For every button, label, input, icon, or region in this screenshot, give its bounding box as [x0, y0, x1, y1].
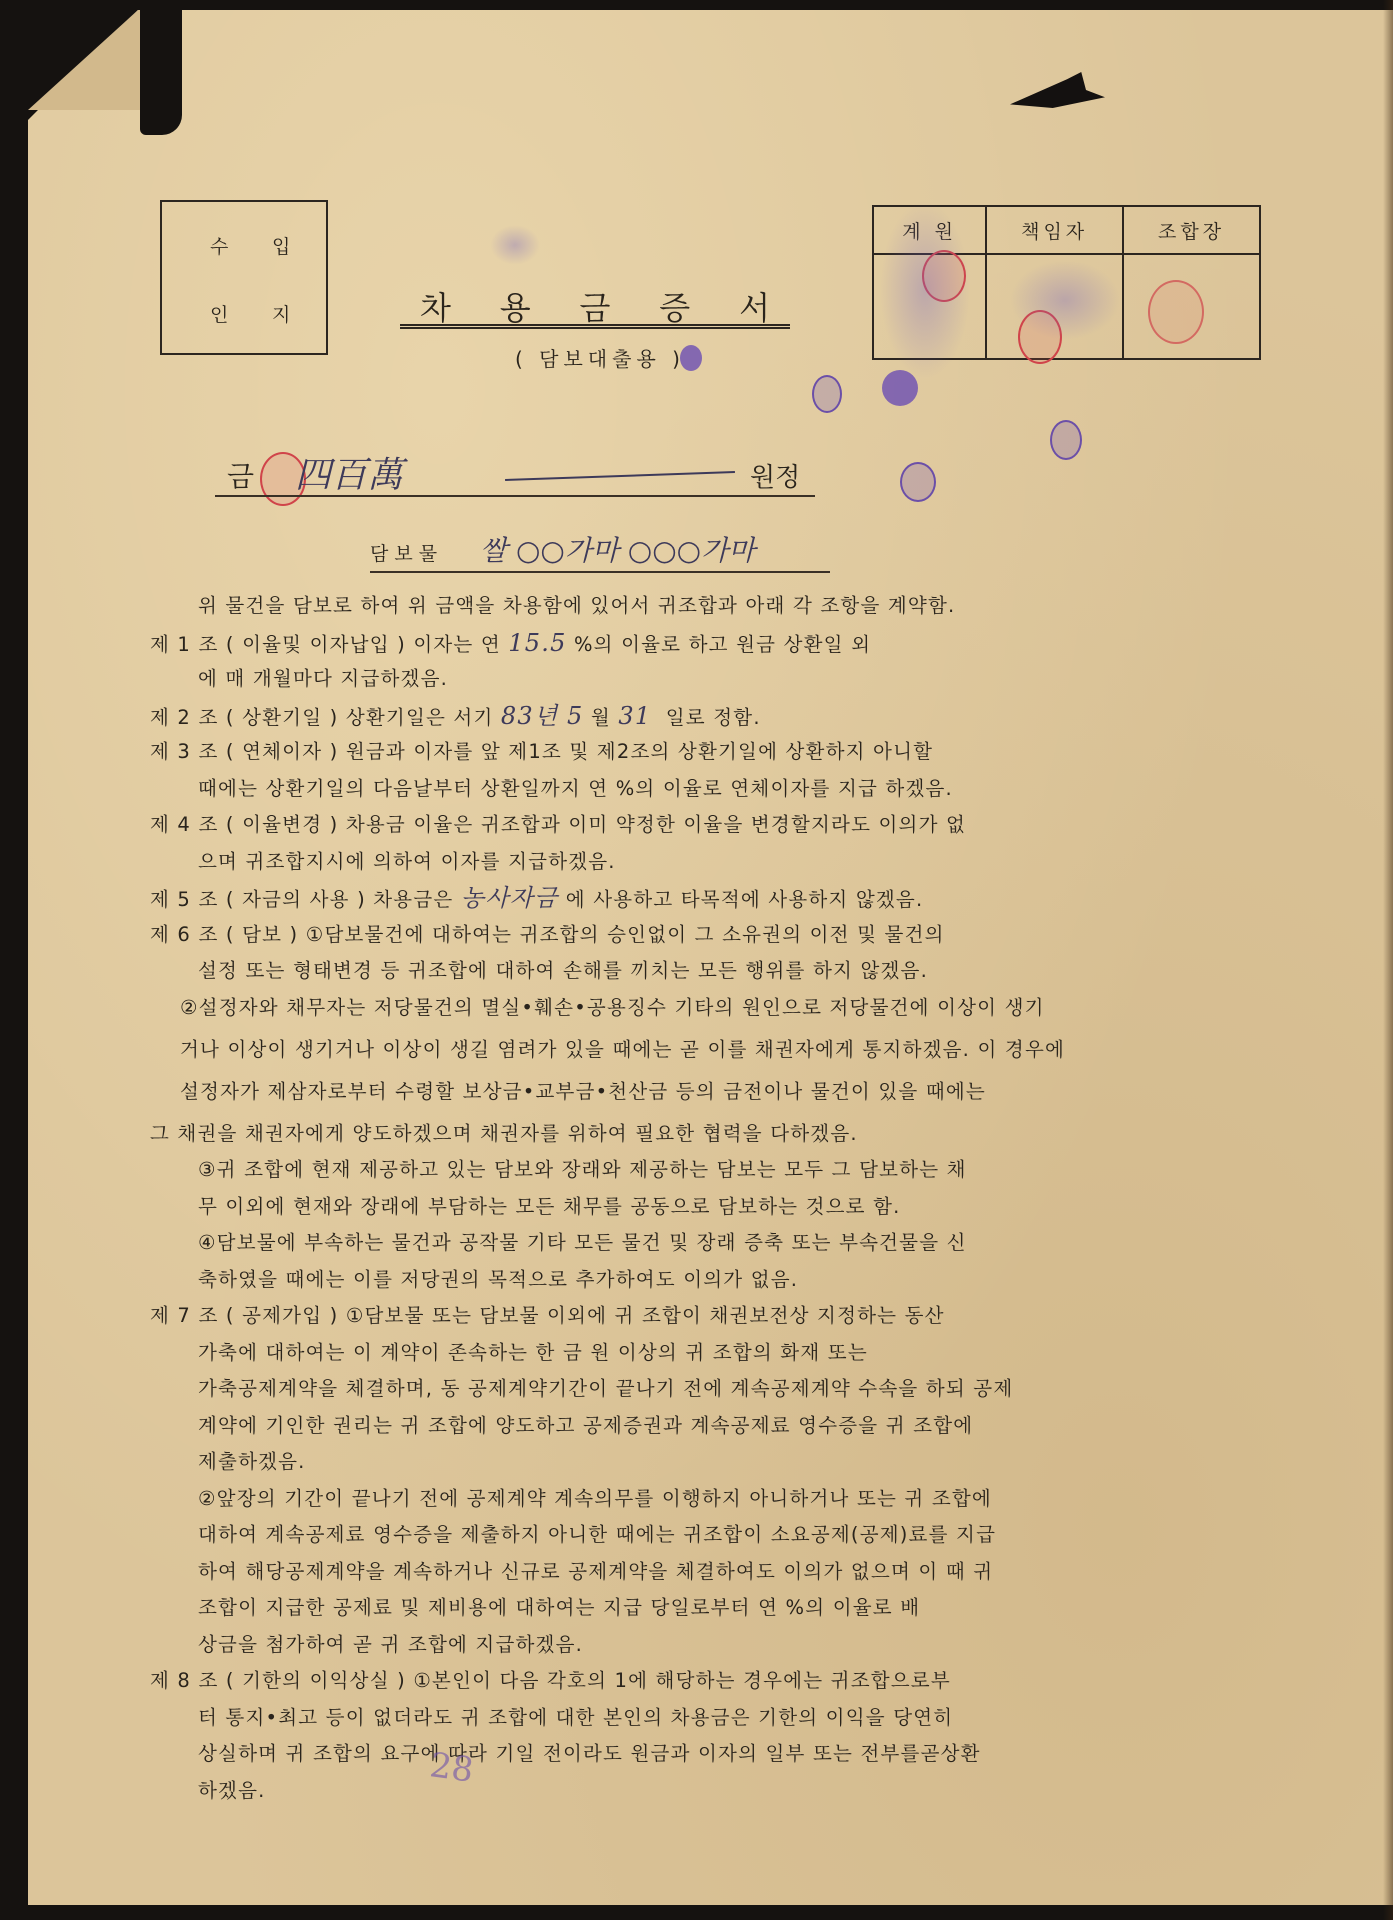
article-7-line: 계약에 기인한 권리는 귀 조합에 양도하고 공제증권과 계속공제료 영수증을 … — [150, 1408, 1250, 1445]
collateral-label: 담보물 — [370, 539, 443, 566]
intro-line: 위 물건을 담보로 하여 위 금액을 차용함에 있어서 귀조합과 아래 각 조항… — [150, 588, 1250, 625]
article-6-line: 그 채권을 채권자에게 양도하겠으며 채권자를 위하여 필요한 협력을 다하겠음… — [150, 1116, 1250, 1153]
page-edge-shadow — [1383, 0, 1393, 1920]
interest-rate-handwritten: 15.5 — [508, 625, 566, 662]
article-text: 제 2 조 ( 상환기일 ) 상환기일은 서기 — [150, 706, 501, 729]
article-6-line: 제 6 조 ( 담보 ) ①담보물건에 대하여는 귀조합의 승인없이 그 소유권… — [150, 917, 1250, 954]
article-7-line: 가축에 대하여는 이 계약이 존속하는 한 금 원 이상의 귀 조합의 화재 또… — [150, 1335, 1250, 1372]
fund-purpose-handwritten: 농사자금 — [461, 880, 559, 917]
approval-header-president: 조합장 — [1123, 206, 1260, 254]
article-6-line: ②설정자와 채무자는 저당물건의 멸실•훼손•공용징수 기타의 원인으로 저당물… — [150, 990, 1250, 1032]
title-char: 서 — [739, 283, 770, 325]
article-text: 에 사용하고 타목적에 사용하지 않겠음. — [558, 888, 923, 911]
amount-dash — [505, 471, 735, 481]
ink-smudge — [880, 200, 970, 380]
article-text: 제 5 조 ( 자금의 사용 ) 차용금은 — [150, 888, 461, 911]
article-6-line: 무 이외에 현재와 장래에 부담하는 모든 채무를 공동으로 담보하는 것으로 … — [150, 1189, 1250, 1226]
amount-line: 금 四百萬 원정 — [215, 455, 815, 497]
due-year-handwritten: 83년 5 — [501, 698, 584, 735]
revenue-box-top-right: 입 — [272, 232, 290, 259]
article-7-line: 조합이 지급한 공제료 및 제비용에 대하여는 지급 당일로부터 연 %의 이율… — [150, 1590, 1250, 1627]
title-char: 금 — [580, 283, 611, 325]
document-subtitle: ( 담보대출용 ) — [515, 343, 685, 372]
title-char: 증 — [659, 283, 690, 325]
title-char: 용 — [500, 283, 531, 325]
article-1-line: 제 1 조 ( 이율및 이자납입 ) 이자는 연 15.5 %의 이율로 하고 … — [150, 625, 1250, 662]
folded-corner — [28, 10, 158, 111]
revenue-box-bottom-left: 인 — [210, 300, 228, 327]
article-6-line: ③귀 조합에 현재 제공하고 있는 담보와 장래와 제공하는 담보는 모두 그 … — [150, 1152, 1250, 1189]
collateral-line: 담보물 쌀 ○○가마 ○○○가마 — [370, 535, 830, 573]
article-6-line: 거나 이상이 생기거나 이상이 생길 염려가 있을 때에는 곧 이를 채권자에게… — [150, 1032, 1250, 1074]
article-text: %의 이율로 하고 원금 상환일 외 — [567, 633, 872, 656]
revenue-box-bottom-right: 지 — [272, 300, 290, 327]
article-4-line: 제 4 조 ( 이율변경 ) 차용금 이율은 귀조합과 이미 약정한 이율을 변… — [150, 807, 1250, 844]
contract-body: 위 물건을 담보로 하여 위 금액을 차용함에 있어서 귀조합과 아래 각 조항… — [150, 588, 1250, 1809]
article-3-line: 제 3 조 ( 연체이자 ) 원금과 이자를 앞 제1조 및 제2조의 상환기일… — [150, 734, 1250, 771]
article-8-line: 제 8 조 ( 기한의 이익상실 ) ①본인이 다음 각호의 1에 해당하는 경… — [150, 1663, 1250, 1700]
article-6-line: ④담보물에 부속하는 물건과 공작물 기타 모든 물건 및 장래 증축 또는 부… — [150, 1225, 1250, 1262]
amount-handwritten: 四百萬 — [295, 447, 403, 498]
purple-stamp-icon — [1050, 420, 1082, 460]
article-text: 일로 정함. — [658, 706, 760, 729]
article-7-line: 하여 해당공제계약을 계속하거나 신규로 공제계약을 체결하여도 이의가 없으며… — [150, 1554, 1250, 1591]
document-title: 차 용 금 증 서 — [400, 283, 790, 325]
article-8-line: 터 통지•최고 등이 없더라도 귀 조합에 대한 본인의 차용금은 기한의 이익… — [150, 1700, 1250, 1737]
purple-stamp-icon — [812, 375, 842, 413]
handwritten-page-note: 28 — [427, 1745, 475, 1791]
amount-prefix: 금 — [227, 455, 254, 495]
article-1-line: 에 매 개월마다 지급하겠음. — [150, 661, 1250, 698]
article-4-line: 으며 귀조합지시에 의하여 이자를 지급하겠음. — [150, 844, 1250, 881]
purple-stamp-icon — [680, 345, 702, 371]
article-2-line: 제 2 조 ( 상환기일 ) 상환기일은 서기 83년 5 월 31 일로 정함… — [150, 698, 1250, 735]
article-7-line: 제출하겠음. — [150, 1444, 1250, 1481]
article-5-line: 제 5 조 ( 자금의 사용 ) 차용금은 농사자금 에 사용하고 타목적에 사… — [150, 880, 1250, 917]
purple-stamp-icon — [882, 370, 918, 406]
purple-stamp-icon — [900, 462, 936, 502]
ink-smudge — [490, 225, 540, 265]
article-text: 월 — [584, 706, 619, 729]
article-6-line: 설정자가 제삼자로부터 수령할 보상금•교부금•천산금 등의 금전이나 물건이 … — [150, 1074, 1250, 1116]
article-8-line: 하겠음. — [150, 1773, 1250, 1810]
red-seal-icon — [1148, 280, 1204, 344]
article-7-line: 가축공제계약을 체결하며, 동 공제계약기간이 끝나기 전에 계속공제계약 수속… — [150, 1371, 1250, 1408]
article-7-line: ②앞장의 기간이 끝나기 전에 공제계약 계속의무를 이행하지 아니하거나 또는… — [150, 1481, 1250, 1518]
ink-smudge — [1010, 260, 1120, 340]
article-6-line: 축하였을 때에는 이를 저당권의 목적으로 추가하여도 이의가 없음. — [150, 1262, 1250, 1299]
amount-suffix: 원정 — [750, 457, 800, 494]
article-text: 제 1 조 ( 이율및 이자납입 ) 이자는 연 — [150, 633, 508, 656]
article-8-line: 상실하며 귀 조합의 요구에 따라 기일 전이라도 원금과 이자의 일부 또는 … — [150, 1736, 1250, 1773]
collateral-handwritten: 쌀 ○○가마 ○○○가마 — [480, 529, 755, 569]
revenue-stamp-box: 수 입 인 지 — [160, 200, 328, 355]
article-7-line: 상금을 첨가하여 곧 귀 조합에 지급하겠음. — [150, 1627, 1250, 1664]
approval-header-manager: 책임자 — [986, 206, 1123, 254]
article-3-line: 때에는 상환기일의 다음날부터 상환일까지 연 %의 이율로 연체이자를 지급 … — [150, 771, 1250, 808]
due-day-handwritten: 31 — [618, 698, 658, 735]
paper-tear — [140, 10, 182, 135]
article-7-line: 대하여 계속공제료 영수증을 제출하지 아니한 때에는 귀조합이 소요공제(공제… — [150, 1517, 1250, 1554]
revenue-box-top-left: 수 — [210, 232, 228, 259]
article-7-line: 제 7 조 ( 공제가입 ) ①담보물 또는 담보물 이외에 귀 조합이 채권보… — [150, 1298, 1250, 1335]
title-char: 차 — [420, 283, 451, 325]
article-6-line: 설정 또는 형태변경 등 귀조합에 대하여 손해를 끼치는 모든 행위를 하지 … — [150, 953, 1250, 990]
title-underline — [400, 324, 790, 329]
